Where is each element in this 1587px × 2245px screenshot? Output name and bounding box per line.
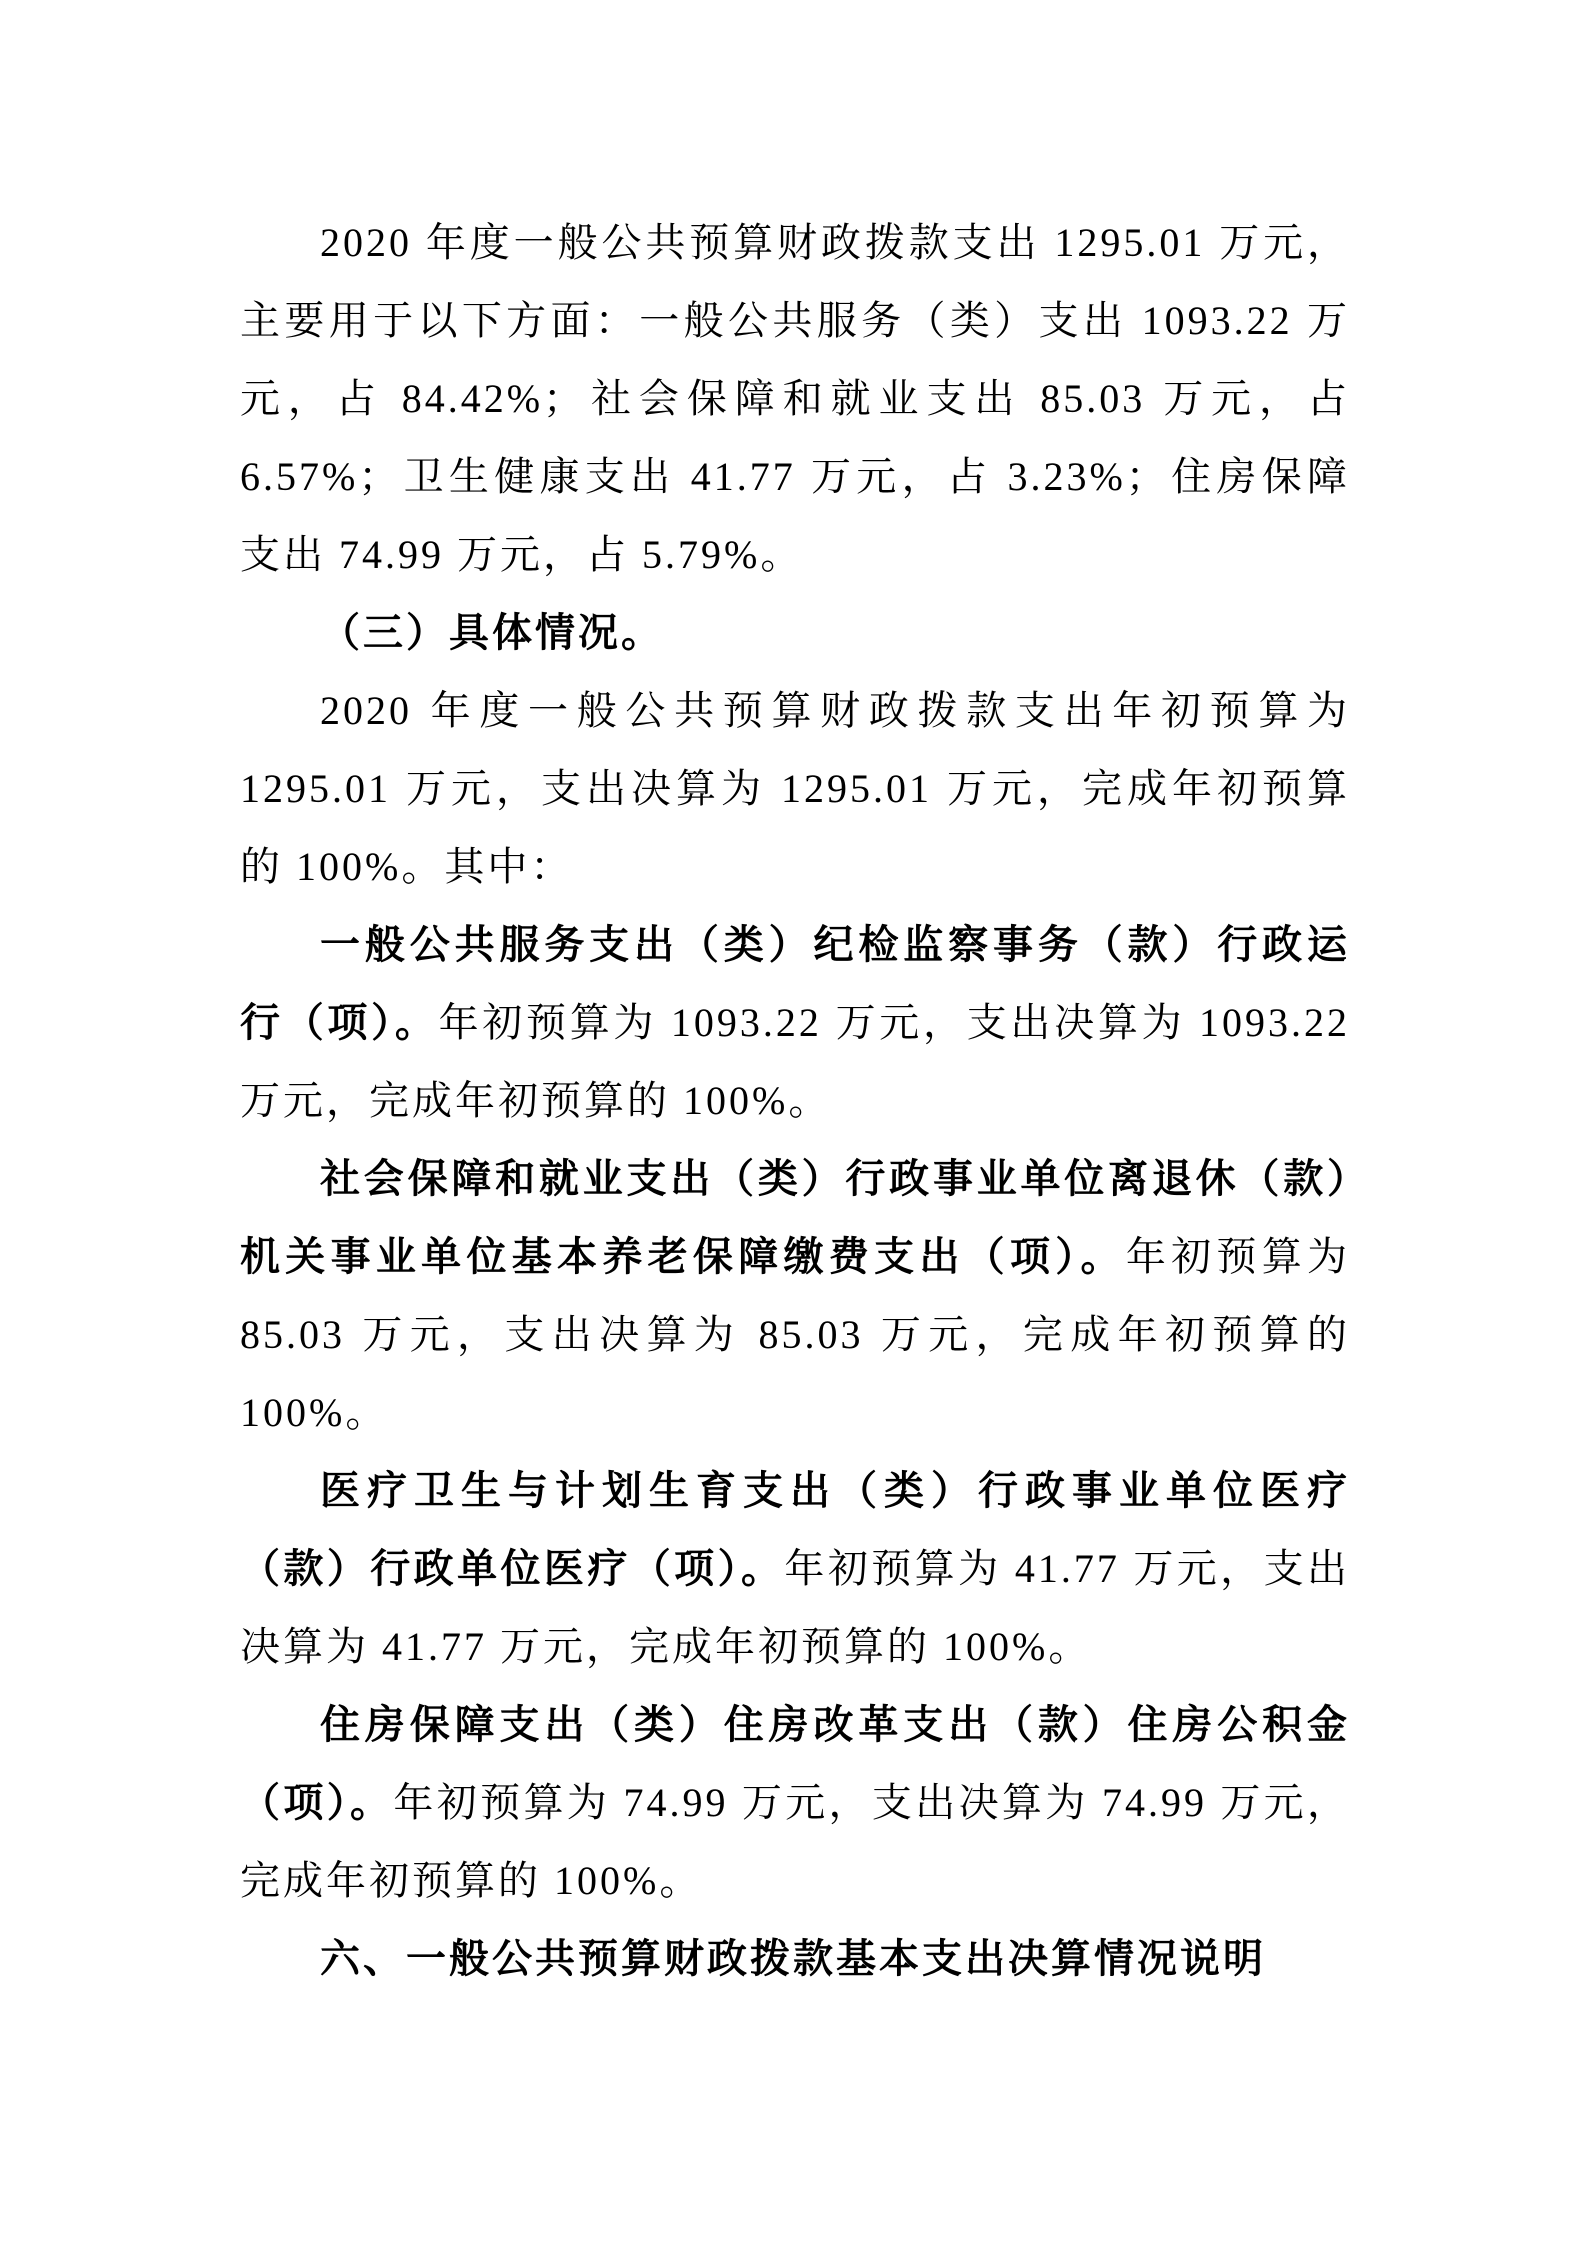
heading-specific-situation: （三）具体情况。 (240, 594, 1350, 672)
paragraph-budget-completion-summary: 2020 年度一般公共预算财政拨款支出年初预算为 1295.01 万元，支出决算… (240, 672, 1350, 906)
document-page: 2020 年度一般公共预算财政拨款支出 1295.01 万元，主要用于以下方面：… (0, 0, 1587, 2245)
heading-section-six: 六、一般公共预算财政拨款基本支出决算情况说明 (240, 1920, 1350, 1998)
paragraph-text: 年初预算为 74.99 万元，支出决算为 74.99 万元，完成年初预算的 10… (240, 1780, 1350, 1903)
paragraph-housing-security-item: 住房保障支出（类）住房改革支出（款）住房公积金（项）。年初预算为 74.99 万… (240, 1686, 1350, 1920)
paragraph-medical-health-item: 医疗卫生与计划生育支出（类）行政事业单位医疗（款）行政单位医疗（项）。年初预算为… (240, 1452, 1350, 1686)
paragraph-text: 2020 年度一般公共预算财政拨款支出 1295.01 万元，主要用于以下方面：… (240, 220, 1350, 577)
paragraph-social-security-employment-item: 社会保障和就业支出（类）行政事业单位离退休（款）机关事业单位基本养老保障缴费支出… (240, 1140, 1350, 1452)
paragraph-expenditure-overview: 2020 年度一般公共预算财政拨款支出 1295.01 万元，主要用于以下方面：… (240, 204, 1350, 594)
heading-text: （三）具体情况。 (320, 611, 664, 655)
paragraph-general-public-services-item: 一般公共服务支出（类）纪检监察事务（款）行政运行（项）。年初预算为 1093.2… (240, 906, 1350, 1140)
heading-text: 六、一般公共预算财政拨款基本支出决算情况说明 (320, 1937, 1266, 1981)
paragraph-text: 2020 年度一般公共预算财政拨款支出年初预算为 1295.01 万元，支出决算… (240, 688, 1350, 889)
